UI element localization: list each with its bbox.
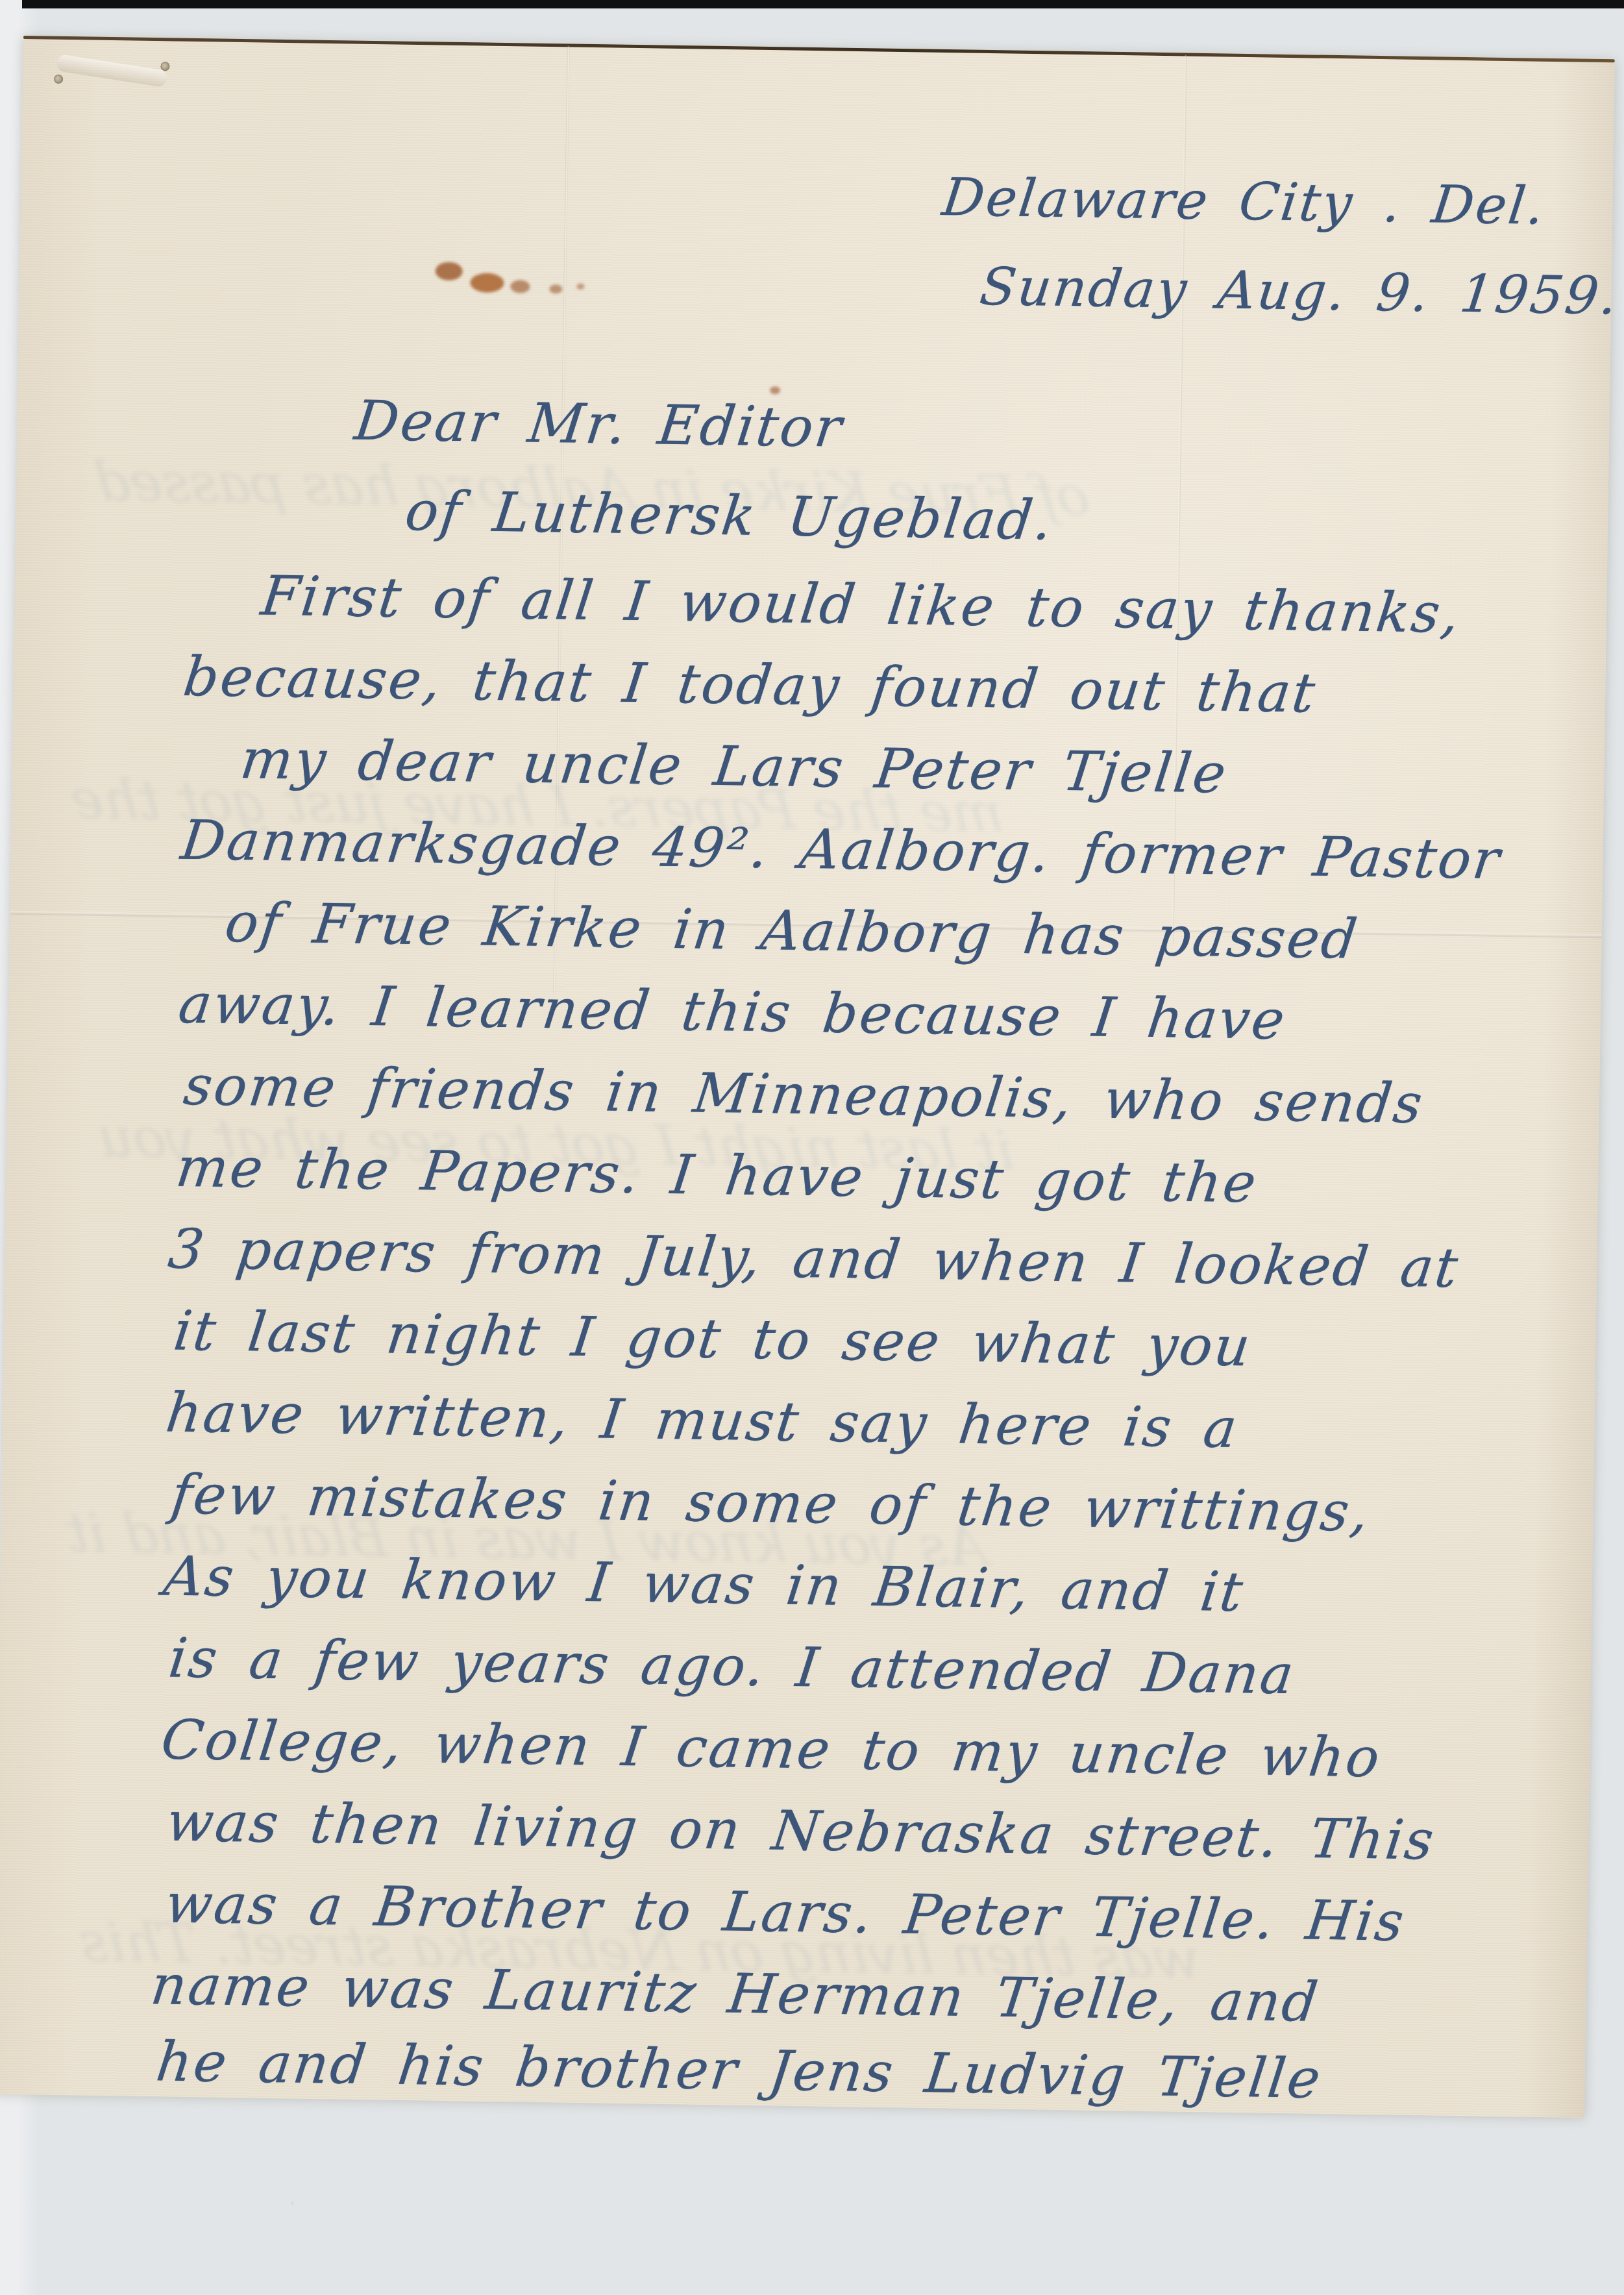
body-line: few mistakes in some of the writtings,: [169, 1467, 1373, 1539]
body-line: of Frue Kirke in Aalborg has passed: [223, 895, 1362, 967]
letter-date-line: Sunday Aug. 9. 1959.: [978, 261, 1622, 322]
body-line: because, that I today found out that: [180, 649, 1320, 721]
body-line: away. I learned this because I have: [176, 976, 1290, 1047]
salutation-line: Dear Mr. Editor: [352, 393, 846, 455]
scanner-edge-bar: [22, 0, 1624, 8]
rust-stain: [770, 386, 780, 394]
body-line: name was Lauritz Herman Tjelle, and: [148, 1957, 1322, 2029]
body-line: College, when I came to my uncle who: [158, 1713, 1384, 1785]
body-line: have written, I must say here is a: [164, 1385, 1242, 1456]
salutation-line: of Luthersk Ugeblad.: [402, 484, 1057, 548]
body-line: First of all I would like to say thanks,: [258, 569, 1464, 641]
body-line: he and his brother Jens Ludvig Tjelle: [154, 2034, 1325, 2105]
rust-stain: [576, 284, 584, 290]
body-line: is a few years ago. I attended Dana: [166, 1631, 1298, 1702]
body-line: my dear uncle Lars Peter Tjelle: [238, 732, 1231, 800]
rust-stain: [510, 280, 530, 293]
staple-crease: [56, 54, 167, 88]
body-line: me the Papers. I have just got the: [173, 1140, 1261, 1211]
body-line: As you know I was in Blair, and it: [161, 1549, 1248, 1620]
body-line: was then living on Nebraska street. This: [164, 1794, 1438, 1868]
body-line: 3 papers from July, and when I looked at: [166, 1222, 1462, 1295]
letter-place-line: Delaware City . Del.: [940, 171, 1549, 232]
staple-hole: [54, 75, 63, 84]
rust-stain: [470, 273, 504, 293]
staple-hole: [160, 62, 169, 71]
rust-stain: [436, 262, 463, 280]
body-line: it last night I got to see what you: [171, 1304, 1255, 1374]
rust-stain: [549, 284, 562, 293]
body-line: Danmarksgade 49². Aalborg. former Pastor: [178, 813, 1505, 887]
letter-sheet: of Frue Kirke in Aalborg has passed me t…: [0, 38, 1615, 2118]
